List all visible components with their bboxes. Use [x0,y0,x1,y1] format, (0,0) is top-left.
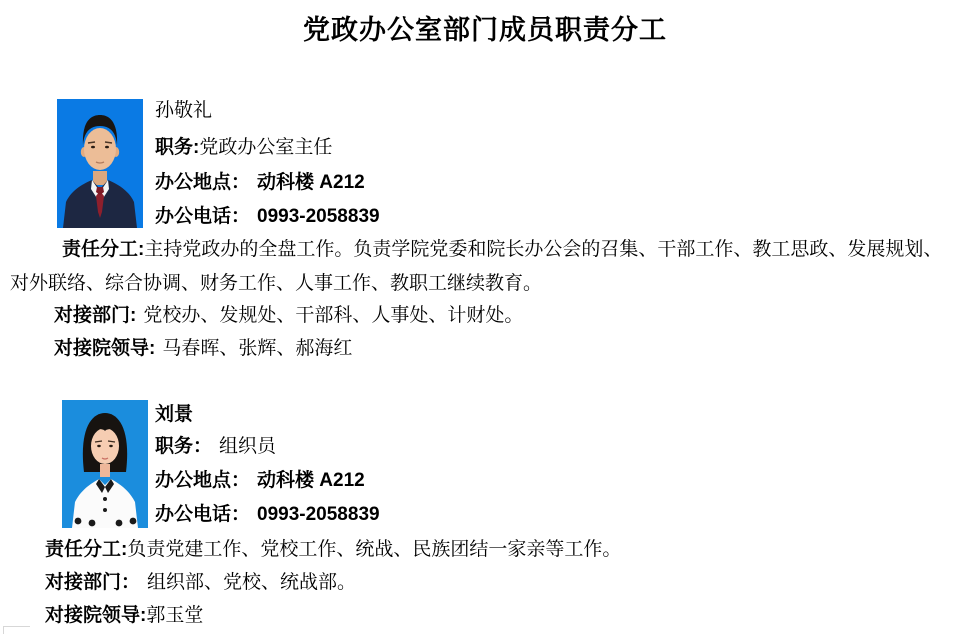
duty-text-1: 主持党政办的全盘工作。负责学院党委和院长办公会的召集、干部工作、教工思政、发展规… [144,239,942,260]
office-phone-label: 办公电话： [155,206,250,227]
profile-name: 孙敬礼 [155,97,212,124]
position-line: 职务：组织员 [155,433,276,460]
contact-leader-label: 对接院领导: [45,605,146,626]
office-location-value: 动科楼 A212 [257,470,365,491]
duty-line-1: 责任分工:主持党政办的全盘工作。负责学院党委和院长办公会的召集、干部工作、教工思… [62,236,942,263]
female-portrait-image [62,400,148,528]
contact-department-value: 组织部、党校、统战部。 [147,572,356,593]
contact-leader-line: 对接院领导:郭玉堂 [45,602,203,629]
duty-line: 责任分工:负责党建工作、党校工作、统战、民族团结一家亲等工作。 [45,536,621,563]
contact-department-label: 对接部门: [54,305,136,326]
contact-department-label: 对接部门： [45,572,140,593]
contact-department-line: 对接部门：组织部、党校、统战部。 [45,569,356,596]
position-value: 组织员 [219,436,276,457]
table-cell-border-artifact-horizontal [3,626,30,627]
profile-photo-male [57,99,143,228]
contact-leader-value: 马春晖、张辉、郝海红 [162,338,352,359]
office-phone-value: 0993-2058839 [257,206,380,227]
office-phone-value: 0993-2058839 [257,504,380,525]
office-location-line: 办公地点：动科楼 A212 [155,467,365,494]
position-label: 职务： [155,436,212,457]
page-title: 党政办公室部门成员职责分工 [0,8,970,47]
office-phone-line: 办公电话：0993-2058839 [155,203,380,230]
position-label: 职务: [155,137,199,158]
duty-label: 责任分工: [45,539,127,560]
office-location-label: 办公地点： [155,172,250,193]
duty-line-2: 对外联络、综合协调、财务工作、人事工作、教职工继续教育。 [10,270,542,297]
profile-name: 刘景 [155,401,193,428]
office-location-line: 办公地点：动科楼 A212 [155,169,365,196]
table-cell-border-artifact-vertical [3,626,4,634]
duty-text: 负责党建工作、党校工作、统战、民族团结一家亲等工作。 [127,539,621,560]
profile-photo-female [62,400,148,528]
contact-leader-value: 郭玉堂 [146,605,203,626]
contact-department-line: 对接部门:党校办、发规处、干部科、人事处、计财处。 [54,302,523,329]
male-portrait-image [57,99,143,228]
contact-leader-line: 对接院领导:马春晖、张辉、郝海红 [54,335,352,362]
position-line: 职务:党政办公室主任 [155,134,332,161]
office-phone-label: 办公电话： [155,504,250,525]
position-value: 党政办公室主任 [199,137,332,158]
document-page: 党政办公室部门成员职责分工 孙敬礼 职务:党政办公室主任 办公地点：动科楼 A2… [0,0,970,634]
contact-leader-label: 对接院领导: [54,338,155,359]
office-location-value: 动科楼 A212 [257,172,365,193]
duty-label: 责任分工: [62,239,144,260]
office-phone-line: 办公电话：0993-2058839 [155,501,380,528]
office-location-label: 办公地点： [155,470,250,491]
contact-department-value: 党校办、发规处、干部科、人事处、计财处。 [143,305,523,326]
